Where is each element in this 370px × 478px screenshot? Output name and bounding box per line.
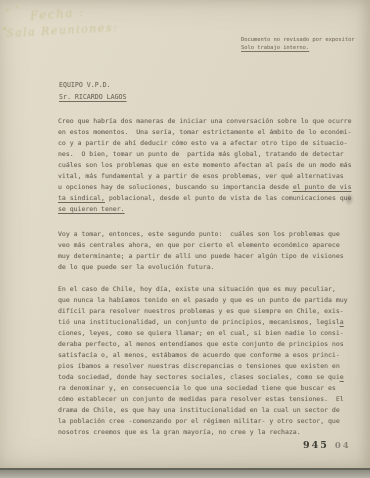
recipient-team: EQUIPO V.P.D. bbox=[59, 80, 127, 92]
stamp-suffix: 04 bbox=[335, 441, 351, 451]
underlined-text: el punto de vis bbox=[293, 183, 352, 191]
typed-line: toda sociedad, donde hay sectores social… bbox=[58, 372, 360, 383]
typed-text: u opciones hay de soluciones, buscando s… bbox=[58, 183, 293, 191]
header-note: Documento no revisado por expositor Solo… bbox=[241, 37, 355, 53]
scan-smudge bbox=[344, 193, 354, 206]
typed-line: en estos momentos. Una sería, tomar estr… bbox=[58, 127, 360, 138]
typed-text: Voy a tomar, entonces, este segundo punt… bbox=[58, 230, 340, 238]
typed-line: tió una institucionalidad, un conjunto d… bbox=[58, 317, 360, 328]
typed-text: deraba perfecto, al menos entendíamos qu… bbox=[58, 340, 344, 348]
header-note-line1: Documento no revisado por expositor bbox=[241, 37, 355, 45]
typed-line: Creo que habría dos maneras de iniciar u… bbox=[58, 116, 360, 127]
typed-line: deraba perfecto, al menos entendíamos qu… bbox=[58, 339, 360, 350]
typed-text: muy determinante; a partir de allí uno p… bbox=[58, 252, 344, 260]
typed-text: veo más centrales ahora, en que por cier… bbox=[58, 241, 340, 249]
typed-line: difícil para resolver nuestros problemas… bbox=[58, 306, 360, 317]
typed-line: cómo establecer un conjunto de medidas p… bbox=[58, 394, 360, 405]
typed-text: tió una institucionalidad, un conjunto d… bbox=[58, 318, 340, 326]
typed-text: que nunca la habíamos tenido en el pasad… bbox=[58, 296, 348, 304]
recipient-block: EQUIPO V.P.D. Sr. RICARDO LAGOS bbox=[59, 80, 127, 103]
typed-text: ra denominar y, en consecuencia lo que u… bbox=[58, 384, 336, 392]
typed-text: poblacional, desde el punto de vista de … bbox=[105, 194, 352, 202]
typed-line: pios íbamos a resolver nuestras discrepa… bbox=[58, 361, 360, 372]
typed-line: En el caso de Chile, hoy día, existe una… bbox=[58, 284, 360, 295]
underlined-text: e bbox=[340, 373, 344, 381]
typed-line: vital, más fundamental y a partir de eso… bbox=[58, 171, 360, 182]
typed-text: satisfacía o, al menos, estábamos de acu… bbox=[58, 351, 340, 359]
typed-line: cuáles son los problemas que en este mom… bbox=[58, 160, 360, 171]
typed-text: la población cree -comenzando por el rég… bbox=[58, 417, 340, 425]
typed-text: de lo que puede ser la evolución futura. bbox=[58, 263, 215, 271]
typed-text: difícil para resolver nuestros problemas… bbox=[58, 307, 344, 315]
typed-text: vital, más fundamental y a partir de eso… bbox=[58, 172, 344, 180]
typed-text: toda sociedad, donde hay sectores social… bbox=[58, 373, 340, 381]
paragraph: En el caso de Chile, hoy día, existe una… bbox=[58, 284, 360, 438]
typed-text: nosotros creemos que es la gran mayoría,… bbox=[58, 428, 301, 436]
typed-line: u opciones hay de soluciones, buscando s… bbox=[58, 182, 360, 193]
typed-text: Creo que habría dos maneras de iniciar u… bbox=[58, 117, 352, 125]
typed-text: co y a partir de ahí deducir cómo esto v… bbox=[58, 139, 348, 147]
scan-backdrop-edge bbox=[0, 470, 370, 478]
handwritten-note-line1: Fecha : bbox=[30, 5, 86, 23]
typed-line: veo más centrales ahora, en que por cier… bbox=[58, 240, 360, 251]
typed-line: satisfacía o, al menos, estábamos de acu… bbox=[58, 350, 360, 361]
typed-text: pios íbamos a resolver nuestras discrepa… bbox=[58, 362, 340, 370]
stamp-number: 945 bbox=[303, 440, 329, 451]
paragraph: Creo que habría dos maneras de iniciar u… bbox=[58, 116, 360, 215]
typed-line: ta sindical, poblacional, desde el punto… bbox=[58, 193, 360, 204]
typed-text: En el caso de Chile, hoy día, existe una… bbox=[58, 285, 336, 293]
typed-line: que nunca la habíamos tenido en el pasad… bbox=[58, 295, 360, 306]
page-number-stamp: 94504 bbox=[303, 440, 351, 451]
pencil-mark bbox=[6, 9, 9, 11]
scanned-letter-page: Fecha : Sala Reuniones: Documento no rev… bbox=[0, 0, 370, 470]
typed-line: nes. O bien, tomar un punto de partida m… bbox=[58, 149, 360, 160]
underlined-text: se quieren tener. bbox=[58, 205, 125, 213]
document-body: Creo que habría dos maneras de iniciar u… bbox=[58, 116, 360, 452]
handwritten-note-line2: Sala Reuniones: bbox=[6, 21, 119, 40]
typed-line: ciones, leyes, como se quiera llamar; en… bbox=[58, 328, 360, 339]
typed-line: ra denominar y, en consecuencia lo que u… bbox=[58, 383, 360, 394]
typed-line: drama de Chile, es que hay una instituci… bbox=[58, 405, 360, 416]
pencil-mark bbox=[16, 6, 18, 8]
underlined-text: ta sindical, bbox=[58, 194, 105, 202]
typed-line: co y a partir de ahí deducir cómo esto v… bbox=[58, 138, 360, 149]
typed-text: nes. O bien, tomar un punto de partida m… bbox=[58, 150, 344, 158]
underlined-text: a bbox=[340, 318, 344, 326]
typed-text: drama de Chile, es que hay una instituci… bbox=[58, 406, 340, 414]
typed-line: la población cree -comenzando por el rég… bbox=[58, 416, 360, 427]
typed-text: ciones, leyes, como se quiera llamar; en… bbox=[58, 329, 344, 337]
typed-line: Voy a tomar, entonces, este segundo punt… bbox=[58, 229, 360, 240]
typed-line: se quieren tener. bbox=[58, 204, 360, 215]
typed-line: muy determinante; a partir de allí uno p… bbox=[58, 251, 360, 262]
header-note-line2: Solo trabajo interno. bbox=[241, 45, 355, 53]
typed-text: cómo establecer un conjunto de medidas p… bbox=[58, 395, 344, 403]
paragraph: Voy a tomar, entonces, este segundo punt… bbox=[58, 229, 360, 273]
recipient-name: Sr. RICARDO LAGOS bbox=[59, 92, 127, 104]
typed-text: en estos momentos. Una sería, tomar estr… bbox=[58, 128, 352, 136]
typed-line: de lo que puede ser la evolución futura. bbox=[58, 262, 360, 273]
typed-line: nosotros creemos que es la gran mayoría,… bbox=[58, 427, 360, 438]
typed-text: cuáles son los problemas que en este mom… bbox=[58, 161, 352, 169]
